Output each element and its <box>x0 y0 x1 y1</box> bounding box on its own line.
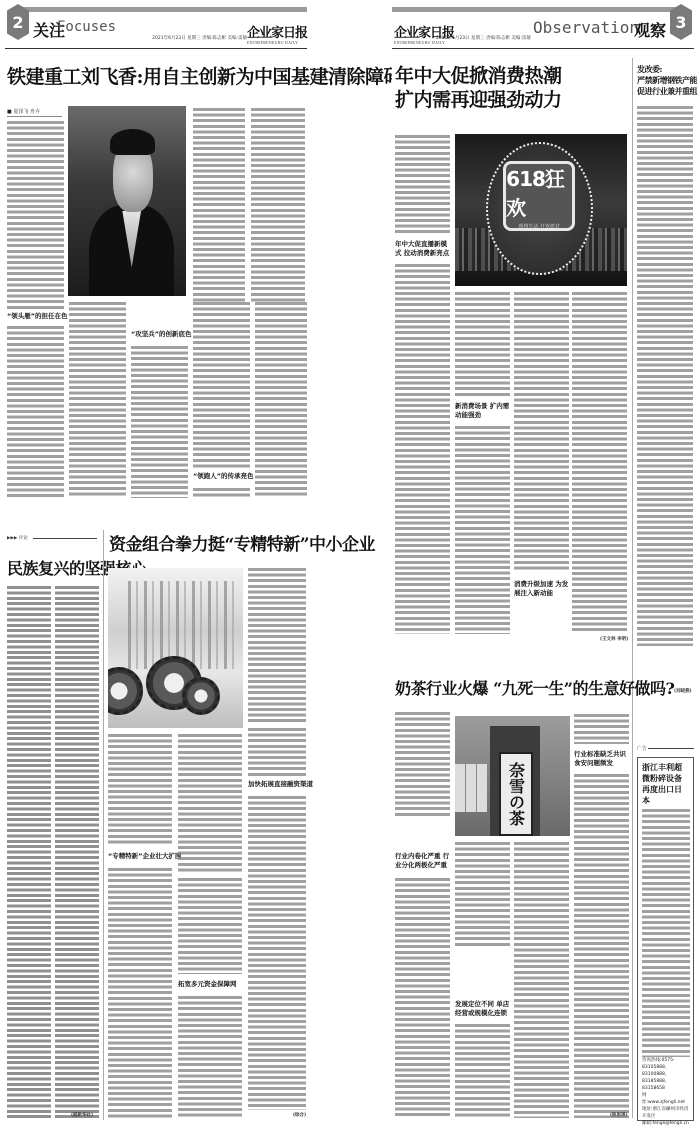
sign-off: (综合) <box>293 1112 306 1118</box>
ad-title-line-2: 再度出口日本 <box>642 784 689 806</box>
subhead: “专精特新”企业壮大扩围 <box>108 852 182 861</box>
text-column <box>395 135 450 235</box>
text-column <box>193 108 245 304</box>
headline-line-3: 促进行业兼并重组 <box>637 86 697 97</box>
618-badge-subtext: 理想生活 狂欢派对 <box>518 223 560 230</box>
sign-off: (刘晓燕) <box>674 688 692 694</box>
subhead: 发展定位不同 单店经营或规模化连锁 <box>455 1000 510 1018</box>
subhead: 加快拓展直接融资渠道 <box>248 780 313 789</box>
subhead: 新消费场景 扩内需动能强劲 <box>455 402 510 420</box>
byline-rule <box>7 116 62 117</box>
headline-line-1: 发改委: <box>637 64 697 75</box>
text-column <box>637 106 693 646</box>
byline: ■ 夏泽飞 舟卉 <box>7 108 40 115</box>
text-column <box>108 734 172 844</box>
headline-line-1: 年中大促掀消费热潮 <box>395 64 562 88</box>
gear-shape <box>108 667 143 715</box>
sign-off: (据新华社) <box>71 1112 93 1118</box>
ad-contact-line: 咨询热线:0575-83105888、 <box>642 1057 689 1071</box>
header-rule <box>392 48 694 49</box>
advertisement-box: 浙江丰利超微粉碎设备 再度出口日本 咨询热线:0575-83105888、 83… <box>637 757 694 1121</box>
text-column <box>178 996 242 1118</box>
ad-email[interactable]: 邮箱:fengli@fengli.cn <box>642 1120 689 1126</box>
masthead: 企业家日报 ENTREPRENEURS' DAILY <box>247 22 307 45</box>
text-column <box>131 346 188 498</box>
section-title-cn: 观察 <box>634 18 666 41</box>
page-number-badge: 2 <box>7 4 29 40</box>
text-column <box>248 728 306 776</box>
text-column <box>514 842 569 1118</box>
subhead: 行业内卷化严重 行业分化两极化严重 <box>395 852 450 870</box>
text-column <box>248 568 306 724</box>
text-column <box>574 774 629 1118</box>
618-promo-photo: 618狂欢 理想生活 狂欢派对 <box>455 134 627 286</box>
text-column <box>572 292 627 632</box>
text-column <box>455 842 510 946</box>
text-column <box>395 264 450 634</box>
ad-title-line-1: 浙江丰利超微粉碎设备 <box>642 762 689 784</box>
sign-off: (王文林 李明) <box>600 636 628 642</box>
text-column <box>108 868 172 1118</box>
text-column <box>178 734 242 874</box>
text-column <box>455 292 510 398</box>
shop-sign: 奈雪の茶 <box>499 752 534 836</box>
ad-address: 地址:浙江省嵊州市经济开发区 <box>642 1106 689 1120</box>
subhead: 年中大促直播新模式 拉动消费新亮点 <box>395 240 453 258</box>
dateline: 2021年6月23日 星期三 责编:陈志彬 美编:雷敏 <box>436 35 531 41</box>
text-column <box>455 426 510 634</box>
portrait-photo <box>68 106 186 296</box>
headline-line-2: 扩内需再迎强劲动力 <box>395 88 562 112</box>
subhead: 行业标准缺乏共识 食安问题频发 <box>574 750 629 768</box>
masthead-cn: 企业家日报 <box>247 26 307 41</box>
photo-cabinet-shape <box>455 764 487 812</box>
sign-off: (陈思琪) <box>610 1112 628 1118</box>
article-headline: 年中大促掀消费热潮 扩内需再迎强劲动力 <box>395 64 562 112</box>
text-column <box>251 108 305 304</box>
page-2-focuses: 2 关注 Focuses 2021年6月23日 星期三 责编:陈志彬 美编:雷敏… <box>5 0 307 1126</box>
text-column <box>514 292 569 572</box>
masthead: 企业家日报 ENTREPRENEURS' DAILY <box>394 22 454 45</box>
page-3-observation: 企业家日报 ENTREPRENEURS' DAILY 2021年6月23日 星期… <box>392 0 694 1126</box>
text-column <box>395 878 450 1118</box>
article-headline: 奶茶行业火爆 “九死一生”的生意好做吗? <box>395 676 674 699</box>
photo-hair-shape <box>110 129 155 156</box>
gears-skyline-photo <box>108 568 243 728</box>
header-rule <box>5 48 307 49</box>
column-divider <box>632 58 633 1118</box>
subhead: 拓宽多元资金保障网 <box>178 980 237 989</box>
618-badge-text: 618狂欢 <box>506 163 572 221</box>
text-column <box>193 488 250 498</box>
text-column <box>455 1024 510 1118</box>
618-badge: 618狂欢 理想生活 狂欢派对 <box>503 161 575 231</box>
ad-title: 浙江丰利超微粉碎设备 再度出口日本 <box>642 762 689 806</box>
text-column <box>69 302 126 498</box>
dateline: 2021年6月23日 星期三 责编:陈志彬 美编:雷敏 <box>152 35 247 41</box>
section-title-en: Focuses <box>57 19 116 35</box>
ad-label: 广告 <box>637 745 647 752</box>
masthead-en: ENTREPRENEURS' DAILY <box>247 40 307 45</box>
ad-body-text <box>642 809 690 1057</box>
article-headline: 资金组合拳力挺“专精特新”中小企业 <box>109 530 375 555</box>
ad-label-rule <box>648 748 694 749</box>
text-column <box>7 586 51 1118</box>
section-kicker: ▶▶▶ 评论 <box>7 535 28 541</box>
sidebar-headline: 发改委: 严禁新增钢铁产能 促进行业兼并重组 <box>637 64 697 97</box>
ad-contact-info: 咨询热线:0575-83105888、 83100888、83185888、83… <box>642 1057 689 1126</box>
subhead: “攻坚兵”的创新底色 <box>131 330 192 339</box>
section-title-en: Observation <box>533 18 639 37</box>
text-column <box>395 712 450 816</box>
ad-website[interactable]: 网址:www.zjfengli.net <box>642 1092 689 1106</box>
subhead: “领头雁”的担任在色 <box>7 312 68 321</box>
header-bar <box>13 7 307 12</box>
subhead: 消费升级加速 为发展注入新动能 <box>514 580 569 598</box>
subhead: “领跑人”的传承亮色 <box>193 472 254 481</box>
milk-tea-shop-photo: 奈雪の茶 <box>455 716 570 836</box>
text-column <box>55 586 99 1118</box>
text-column <box>255 302 307 498</box>
article-headline: 铁建重工刘飞香:用自主创新为中国基建清除障碍 <box>7 62 402 89</box>
text-column <box>178 878 242 974</box>
header-bar <box>392 7 686 12</box>
headline-line-2: 严禁新增钢铁产能 <box>637 75 697 86</box>
gear-shape <box>182 677 220 715</box>
text-column <box>193 302 250 470</box>
text-column <box>248 796 306 1110</box>
text-column <box>7 326 64 498</box>
ad-contact-line: 83100888、83185888、83158658 <box>642 1071 689 1092</box>
kicker-rule <box>33 538 97 539</box>
text-column <box>574 714 629 744</box>
page-number-badge: 3 <box>670 4 692 40</box>
column-divider <box>103 530 104 1120</box>
text-column <box>7 121 64 311</box>
